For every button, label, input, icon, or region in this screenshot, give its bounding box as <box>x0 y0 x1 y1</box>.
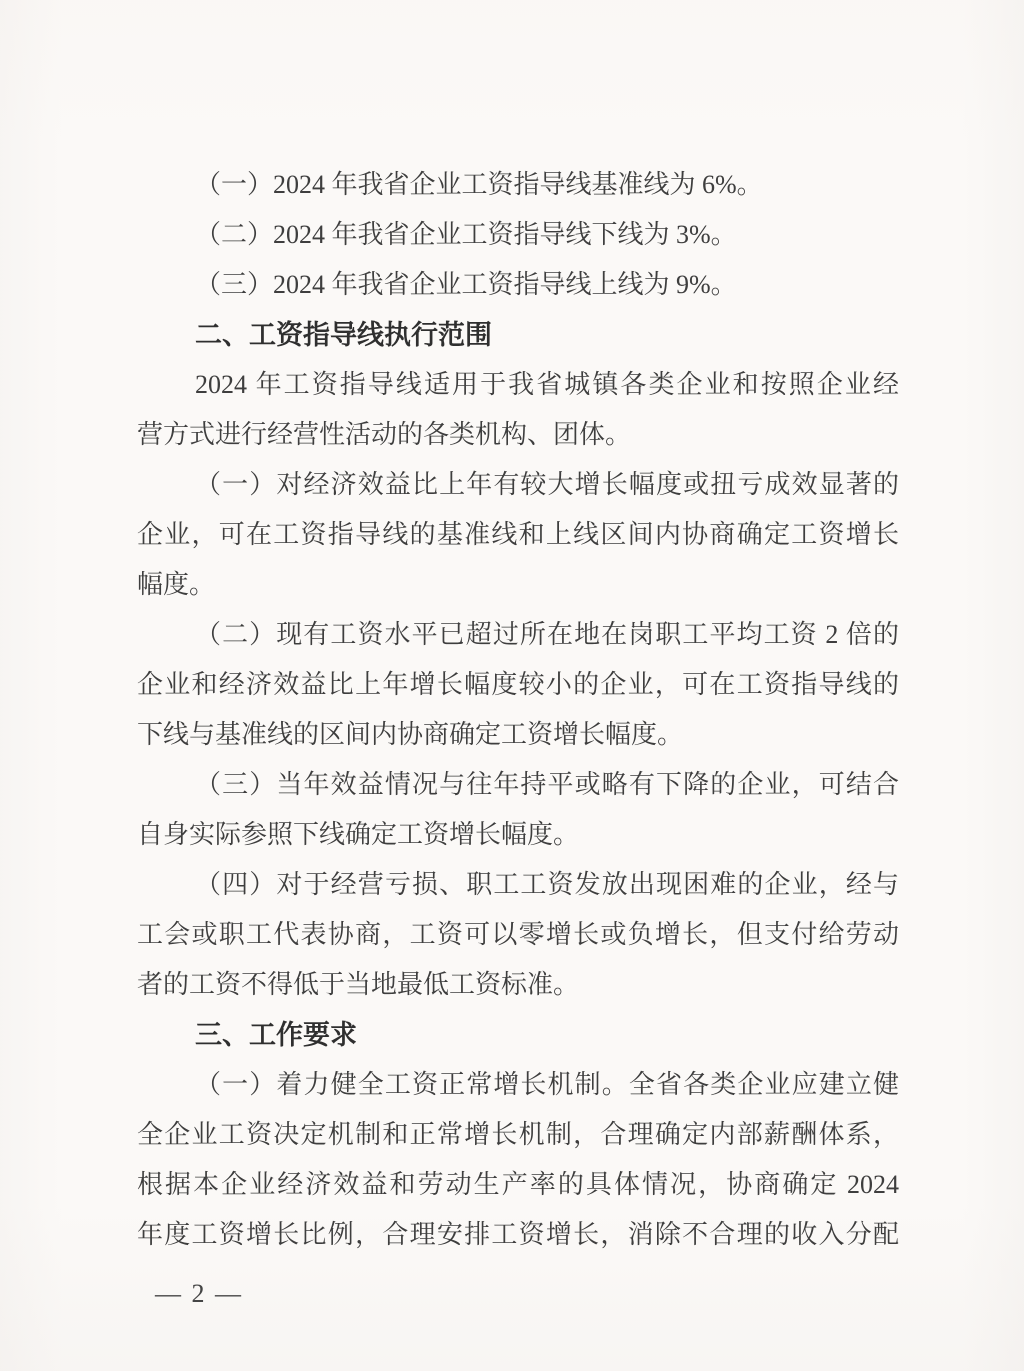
body-text-line: （二）2024 年我省企业工资指导线下线为 3%。 <box>137 210 899 260</box>
body-text-line: 年度工资增长比例，合理安排工资增长，消除不合理的收入分配 <box>137 1210 899 1260</box>
body-text-line: 企业，可在工资指导线的基准线和上线区间内协商确定工资增长 <box>137 510 899 560</box>
body-text-line: 企业和经济效益比上年增长幅度较小的企业，可在工资指导线的 <box>137 660 899 710</box>
section-heading: 二、工资指导线执行范围 <box>137 310 899 360</box>
text-block: （一）2024 年我省企业工资指导线基准线为 6%。（二）2024 年我省企业工… <box>137 160 899 1260</box>
body-text-line: 全企业工资决定机制和正常增长机制，合理确定内部薪酬体系， <box>137 1110 899 1160</box>
body-text-line: 下线与基准线的区间内协商确定工资增长幅度。 <box>137 710 899 760</box>
body-text-line: （四）对于经营亏损、职工工资发放出现困难的企业，经与 <box>137 860 899 910</box>
body-text-line: 2024 年工资指导线适用于我省城镇各类企业和按照企业经 <box>137 360 899 410</box>
body-text-line: 工会或职工代表协商，工资可以零增长或负增长，但支付给劳动 <box>137 910 899 960</box>
body-text-line: （三）当年效益情况与往年持平或略有下降的企业，可结合 <box>137 760 899 810</box>
page-number: — 2 — <box>155 1272 243 1316</box>
body-text-line: 营方式进行经营性活动的各类机构、团体。 <box>137 410 899 460</box>
body-text-line: （三）2024 年我省企业工资指导线上线为 9%。 <box>137 260 899 310</box>
body-text-line: 者的工资不得低于当地最低工资标准。 <box>137 960 899 1010</box>
section-heading: 三、工作要求 <box>137 1010 899 1060</box>
body-text-line: （一）着力健全工资正常增长机制。全省各类企业应建立健 <box>137 1060 899 1110</box>
body-text-line: 自身实际参照下线确定工资增长幅度。 <box>137 810 899 860</box>
document-page: （一）2024 年我省企业工资指导线基准线为 6%。（二）2024 年我省企业工… <box>0 0 1024 1371</box>
body-text-line: 幅度。 <box>137 560 899 610</box>
body-text-line: 根据本企业经济效益和劳动生产率的具体情况，协商确定 2024 <box>137 1160 899 1210</box>
body-text-line: （二）现有工资水平已超过所在地在岗职工平均工资 2 倍的 <box>137 610 899 660</box>
body-text-line: （一）对经济效益比上年有较大增长幅度或扭亏成效显著的 <box>137 460 899 510</box>
body-text-line: （一）2024 年我省企业工资指导线基准线为 6%。 <box>137 160 899 210</box>
